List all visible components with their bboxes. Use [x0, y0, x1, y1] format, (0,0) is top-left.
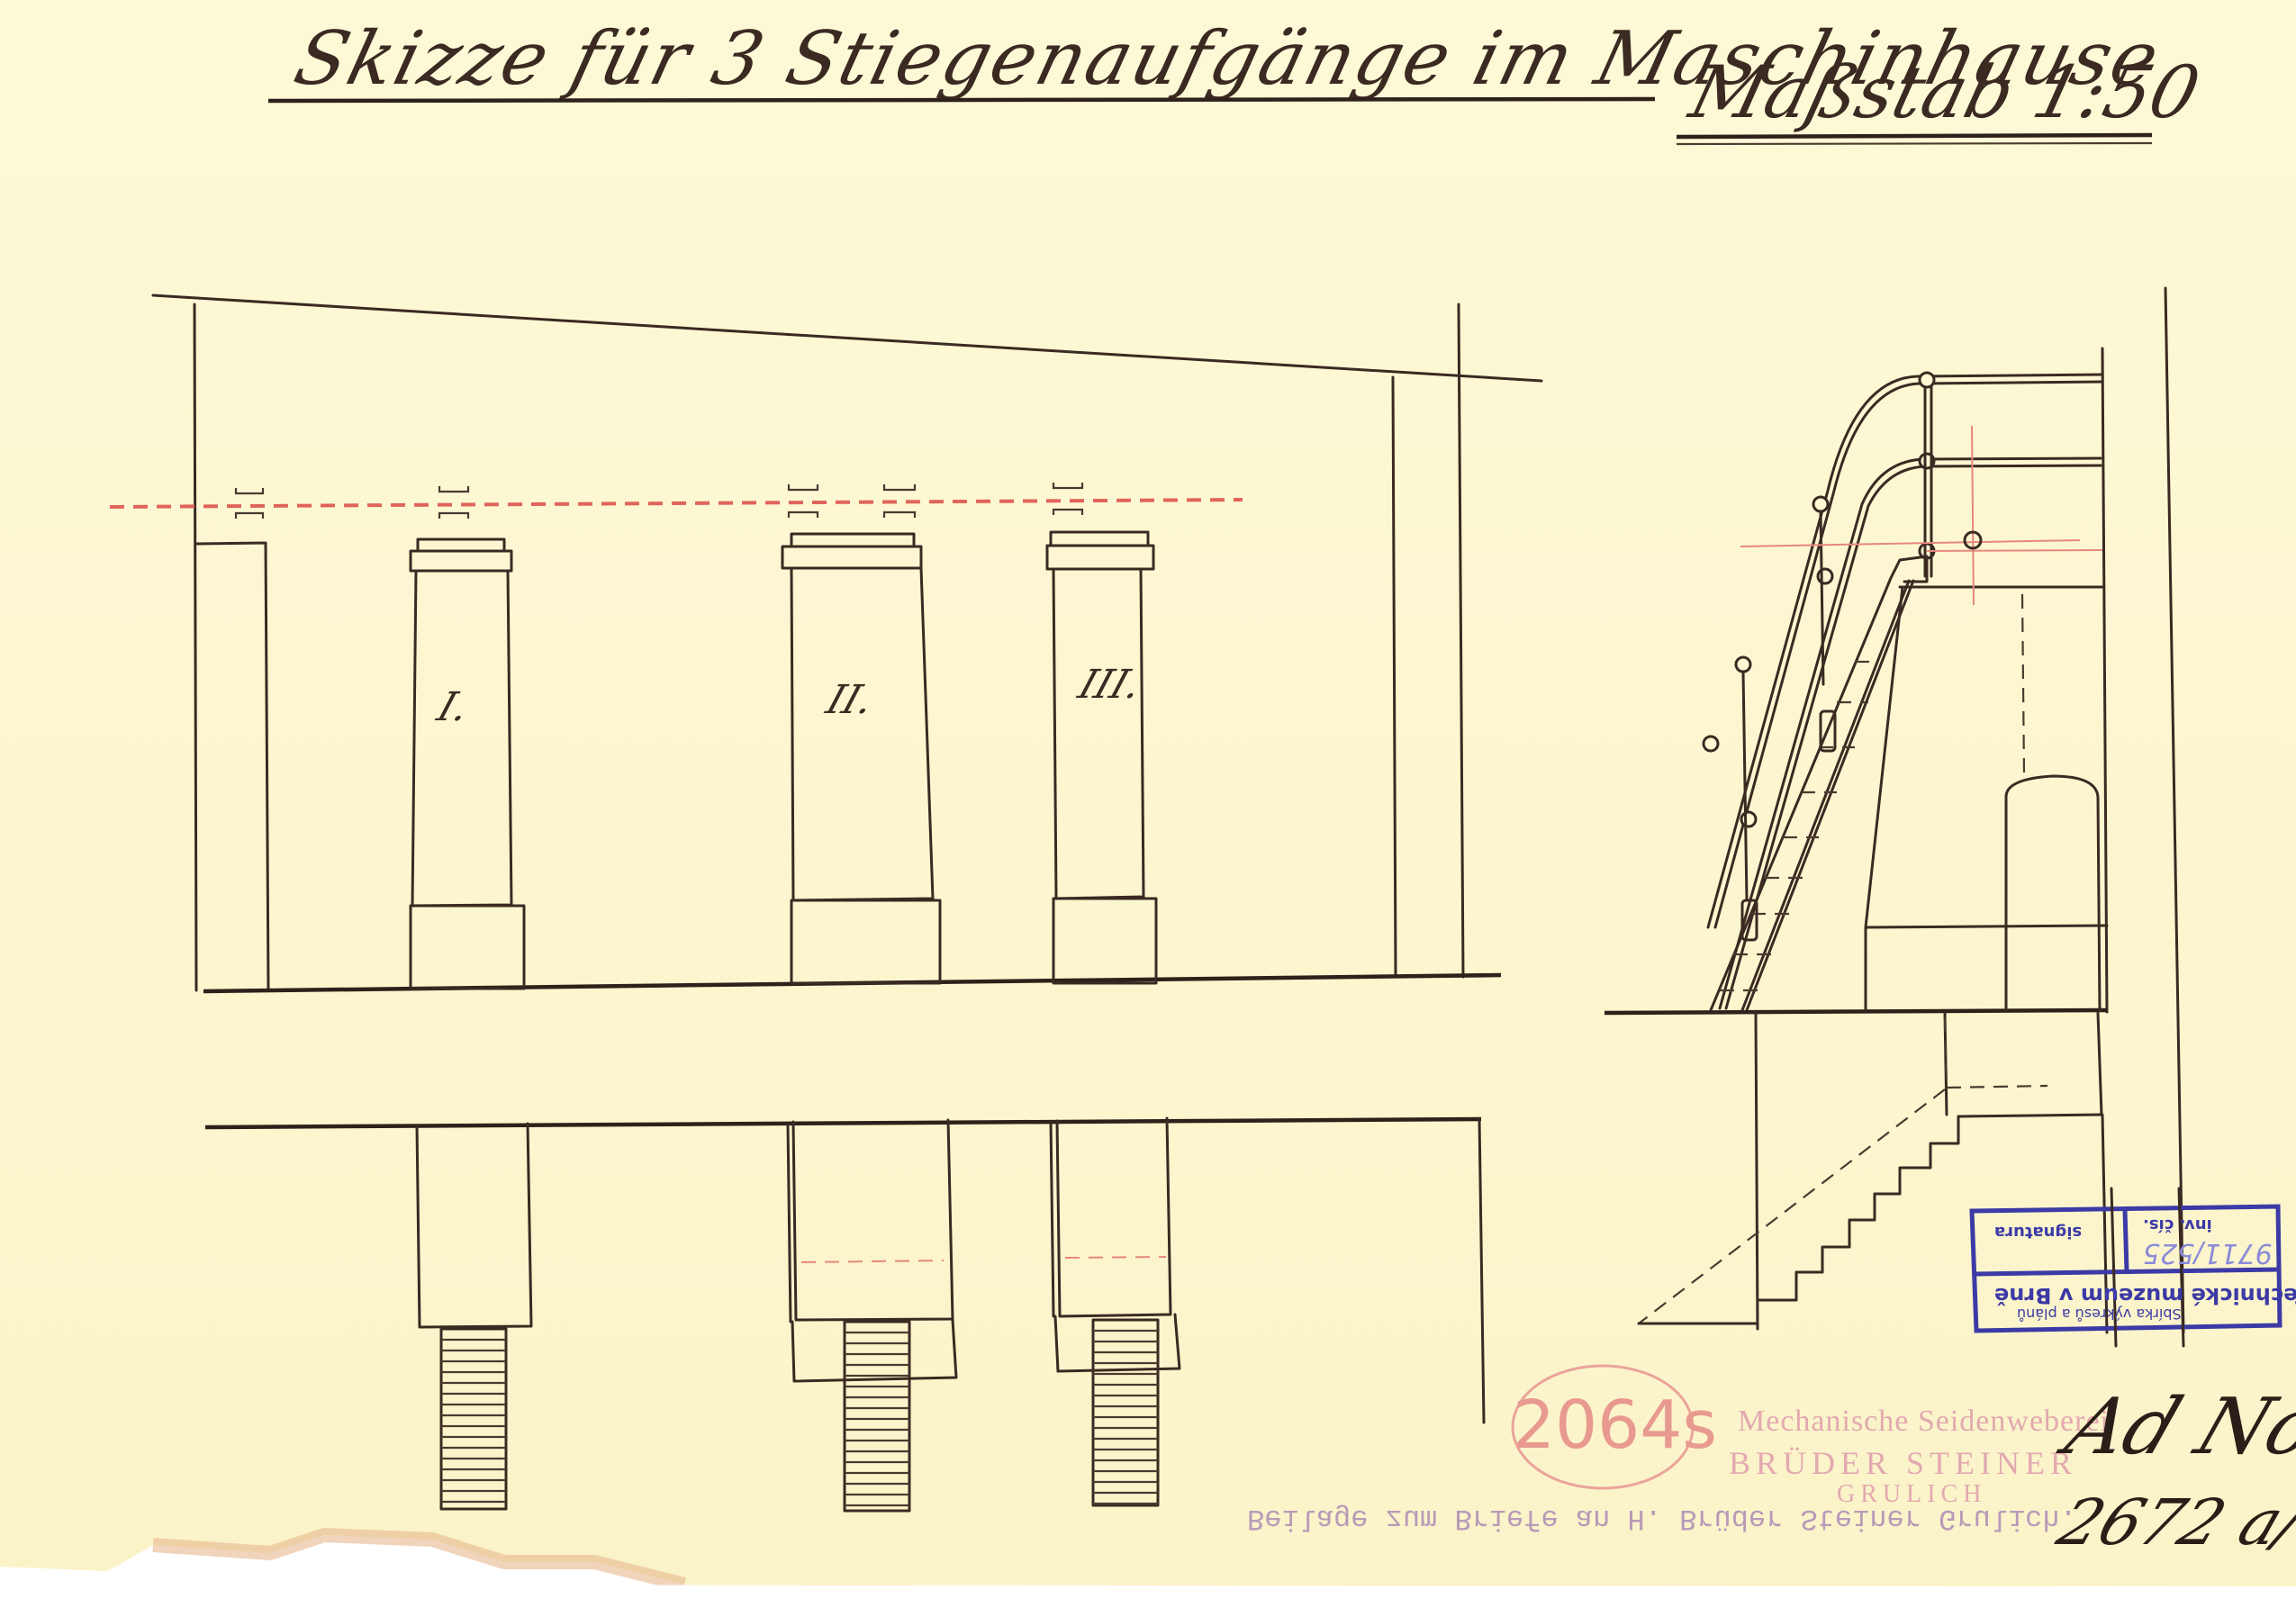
- scale-underline-2: [1677, 143, 2152, 144]
- enclosure-note: Beilage zum Briefe an H. Brüder Steiner …: [1247, 1502, 2077, 1535]
- title-underline: [268, 99, 1655, 101]
- firm-stamp-line2: BRÜDER STEINER: [1729, 1444, 2077, 1482]
- front-elevation: [110, 295, 1541, 991]
- plan-view: [205, 1118, 1484, 1511]
- museum-stamp-signatura: signatura: [1994, 1223, 2082, 1242]
- museum-stamp-inv-value: 9711/525: [2143, 1237, 2273, 1269]
- museum-stamp-line2: Sbírka výkresů a plánů: [2017, 1305, 2182, 1323]
- drawing-sheet: Skizze für 3 Stiegenaufgänge im Maschinh…: [0, 0, 2296, 1599]
- archive-number: 2064s: [1513, 1387, 1717, 1464]
- museum-stamp-line1: Technické muzeum v Brně: [1994, 1283, 2296, 1308]
- handwritten-ref-line2: 2672 a/V2: [2048, 1486, 2296, 1559]
- handwritten-ref-line1: Ad No: [2055, 1382, 2296, 1472]
- technical-drawing: [0, 0, 2296, 1599]
- museum-stamp-inv-label: inv. čís.: [2143, 1215, 2212, 1234]
- scale-underline-1: [1677, 135, 2152, 137]
- firm-stamp-line1: Mechanische Seidenweberei: [1738, 1405, 2110, 1439]
- side-elevation: [1604, 288, 2183, 1332]
